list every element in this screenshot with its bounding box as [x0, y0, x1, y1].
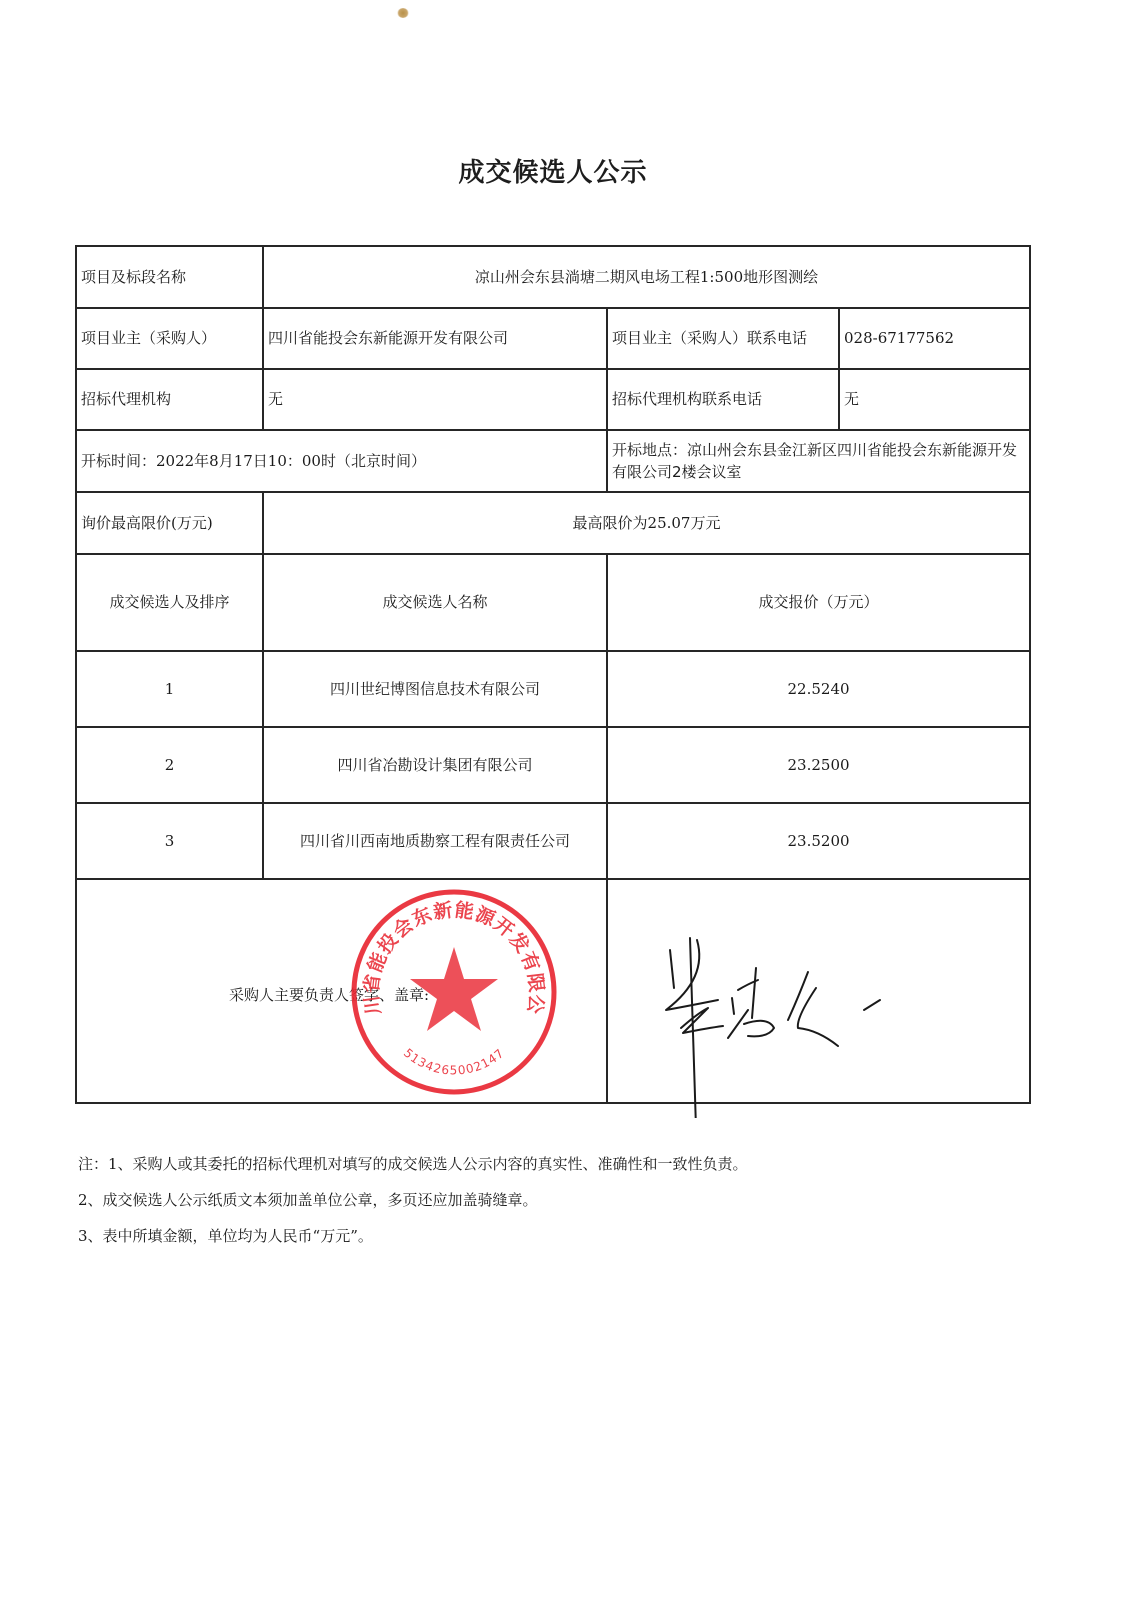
ceiling-price-value: 最高限价为25.07万元	[263, 492, 1030, 554]
candidate-price: 23.2500	[607, 727, 1030, 803]
row-ceiling-price: 询价最高限价(万元) 最高限价为25.07万元	[76, 492, 1030, 554]
agency-value: 无	[263, 369, 607, 430]
row-owner: 项目业主（采购人） 四川省能投会东新能源开发有限公司 项目业主（采购人）联系电话…	[76, 308, 1030, 369]
owner-value: 四川省能投会东新能源开发有限公司	[263, 308, 607, 369]
note-item: 注：1、采购人或其委托的招标代理机对填写的成交候选人公示内容的真实性、准确性和一…	[78, 1146, 748, 1182]
candidate-name: 四川世纪博图信息技术有限公司	[263, 651, 607, 727]
candidate-rank: 3	[76, 803, 263, 879]
svg-text:5134265002147: 5134265002147	[401, 1046, 507, 1078]
note-item: 2、成交候选人公示纸质文本须加盖单位公章，多页还应加盖骑缝章。	[78, 1182, 748, 1218]
candidates-header-row: 成交候选人及排序 成交候选人名称 成交报价（万元）	[76, 554, 1030, 651]
header-price: 成交报价（万元）	[607, 554, 1030, 651]
agency-label: 招标代理机构	[76, 369, 263, 430]
owner-label: 项目业主（采购人）	[76, 308, 263, 369]
signature-cell	[607, 879, 1030, 1103]
project-name-label: 项目及标段名称	[76, 246, 263, 308]
candidate-rank: 2	[76, 727, 263, 803]
row-project-name: 项目及标段名称 凉山州会东县淌塘二期风电场工程1:500地形图测绘	[76, 246, 1030, 308]
handwritten-signature-icon	[648, 918, 908, 1118]
header-rank: 成交候选人及排序	[76, 554, 263, 651]
agency-phone-value: 无	[839, 369, 1030, 430]
candidate-name: 四川省川西南地质勘察工程有限责任公司	[263, 803, 607, 879]
announcement-table: 项目及标段名称 凉山州会东县淌塘二期风电场工程1:500地形图测绘 项目业主（采…	[75, 245, 1031, 1104]
agency-phone-label: 招标代理机构联系电话	[607, 369, 839, 430]
page-title: 成交候选人公示	[0, 152, 1106, 189]
owner-phone-label: 项目业主（采购人）联系电话	[607, 308, 839, 369]
candidate-price: 23.5200	[607, 803, 1030, 879]
row-agency: 招标代理机构 无 招标代理机构联系电话 无	[76, 369, 1030, 430]
row-opening: 开标时间：2022年8月17日10：00时（北京时间） 开标地点：凉山州会东县金…	[76, 430, 1030, 492]
candidate-rank: 1	[76, 651, 263, 727]
ceiling-price-label: 询价最高限价(万元)	[76, 492, 263, 554]
opening-time: 开标时间：2022年8月17日10：00时（北京时间）	[76, 430, 607, 492]
candidate-row: 1 四川世纪博图信息技术有限公司 22.5240	[76, 651, 1030, 727]
opening-place: 开标地点：凉山州会东县金江新区四川省能投会东新能源开发有限公司2楼会议室	[607, 430, 1030, 492]
candidate-row: 3 四川省川西南地质勘察工程有限责任公司 23.5200	[76, 803, 1030, 879]
candidate-name: 四川省冶勘设计集团有限公司	[263, 727, 607, 803]
notes-section: 注：1、采购人或其委托的招标代理机对填写的成交候选人公示内容的真实性、准确性和一…	[78, 1146, 748, 1254]
seal-cell: 采购人主要负责人签字、盖章: 四川省能投会东新能源开发有限公司 51342650…	[76, 879, 607, 1103]
candidate-price: 22.5240	[607, 651, 1030, 727]
project-name-value: 凉山州会东县淌塘二期风电场工程1:500地形图测绘	[263, 246, 1030, 308]
note-item: 3、表中所填金额，单位均为人民币“万元”。	[78, 1218, 748, 1254]
signature-row: 采购人主要负责人签字、盖章: 四川省能投会东新能源开发有限公司 51342650…	[76, 879, 1030, 1103]
company-seal-icon: 四川省能投会东新能源开发有限公司 5134265002147	[347, 885, 561, 1099]
owner-phone-value: 028-67177562	[839, 308, 1030, 369]
header-name: 成交候选人名称	[263, 554, 607, 651]
candidate-row: 2 四川省冶勘设计集团有限公司 23.2500	[76, 727, 1030, 803]
paper-speck	[397, 8, 409, 18]
